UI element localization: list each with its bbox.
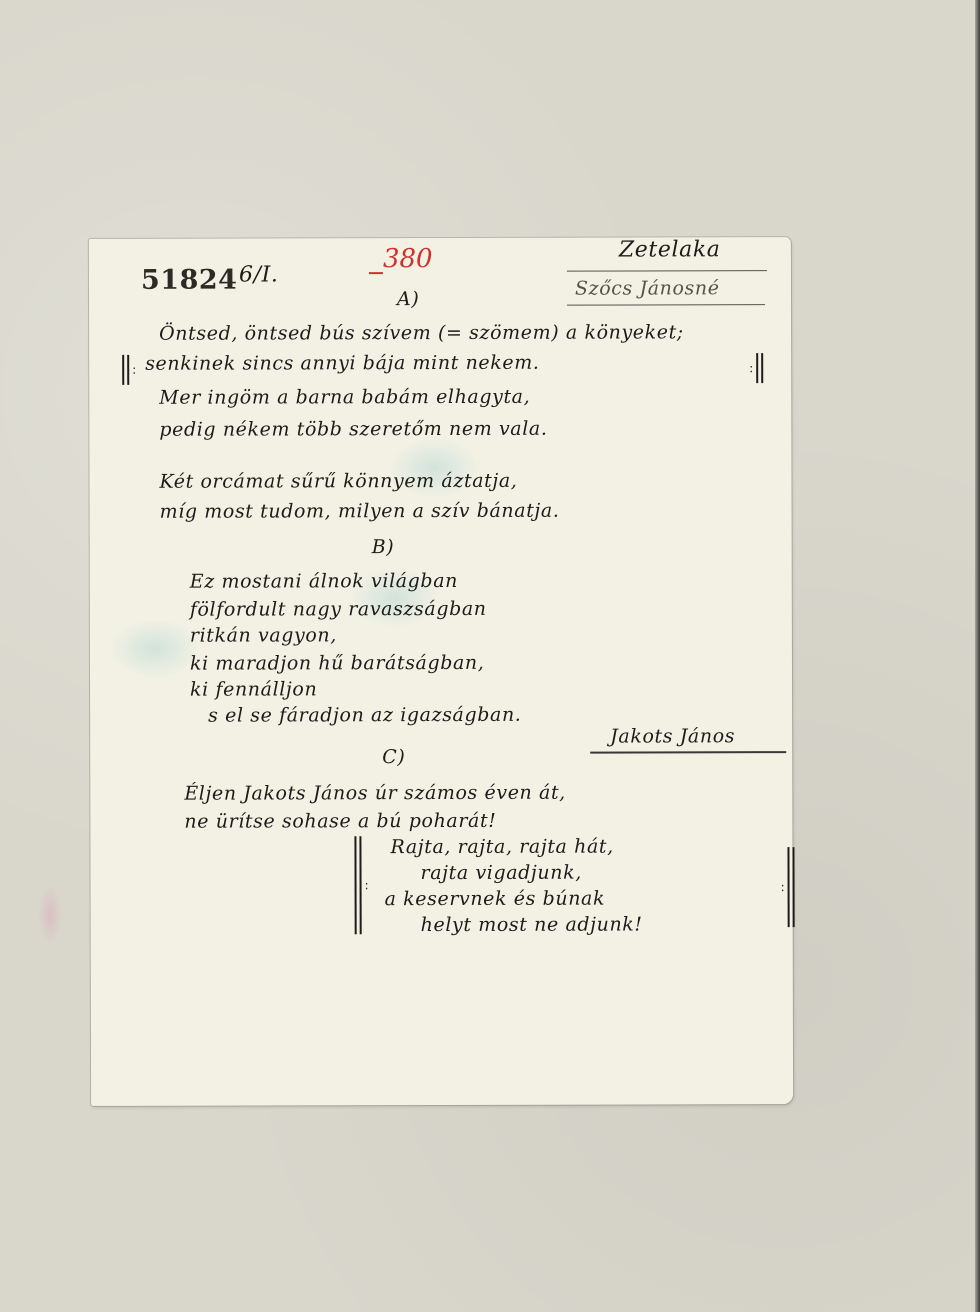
verse-line: helyt most ne adjunk! — [421, 913, 643, 936]
verse-line: rajta vigadjunk, — [420, 862, 581, 884]
section-a-label: A) — [397, 288, 419, 310]
verse-line: ki maradjon hű barátságban, — [190, 652, 484, 675]
catalog-mark: 6/I. — [239, 262, 279, 287]
section-c-label: C) — [382, 746, 405, 768]
verse-line: míg most tudom, milyen a szív bánatja. — [160, 500, 560, 523]
manuscript-sheet: 51824 6/I. 380 Zetelaka Szőcs Jánosné A)… — [89, 237, 793, 1106]
verse-line: Mer ingöm a barna babám elhagyta, — [159, 386, 530, 409]
verse-line: Rajta, rajta, rajta hát, — [390, 836, 613, 859]
verse-line: a keservnek és búnak — [385, 888, 606, 911]
stamp-number: 51824 — [141, 265, 238, 296]
verse-line: ne ürítse sohase a bú poharát! — [184, 810, 496, 833]
signature-underline — [590, 751, 786, 754]
card-right-edge — [975, 0, 980, 1312]
verse-line: Éljen Jakots János úr számos éven át, — [184, 782, 566, 805]
verse-line: ritkán vagyon, — [190, 624, 337, 646]
repeat-start-sign: : — [354, 836, 368, 934]
section-b-label: B) — [372, 536, 395, 558]
verse-line: Ez mostani álnok világban — [190, 570, 458, 593]
repeat-end-sign: : — [780, 847, 794, 927]
location: Zetelaka — [619, 237, 721, 262]
collector-underline — [567, 304, 765, 306]
red-dash — [369, 272, 383, 274]
red-number: 380 — [383, 244, 433, 274]
verse-line: ki fennálljon — [190, 678, 317, 700]
verse-line: s el se fáradjon az igazságban. — [208, 704, 521, 727]
repeat-start-sign: : — [122, 355, 136, 385]
repeat-end-sign: : — [749, 353, 763, 383]
signature: Jakots János — [610, 725, 735, 747]
pink-stain — [38, 885, 62, 945]
verse-line: Két orcámat sűrű könnyem áztatja, — [159, 470, 517, 493]
location-underline — [567, 270, 767, 272]
blue-smudge — [110, 619, 200, 679]
collector: Szőcs Jánosné — [575, 277, 720, 299]
verse-line: fölfordult nagy ravaszságban — [190, 598, 487, 621]
verse-line: pedig nékem több szeretőm nem vala. — [159, 418, 547, 441]
verse-line: Öntsed, öntsed bús szívem (= szömem) a k… — [159, 321, 684, 344]
verse-line: senkinek sincs annyi bája mint nekem. — [145, 352, 539, 375]
